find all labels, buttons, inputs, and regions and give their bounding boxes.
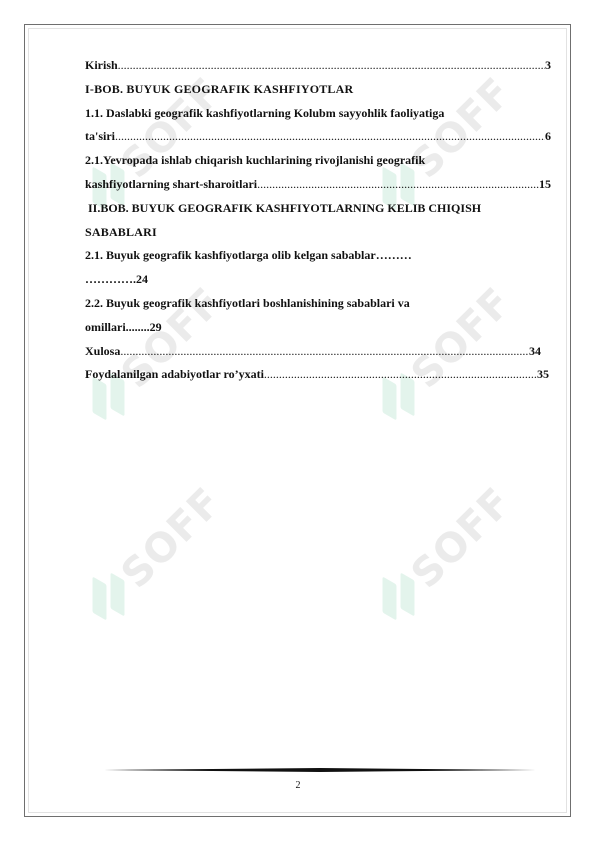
toc-entry-kirish[interactable]: Kirish 3 — [85, 54, 551, 78]
footer-divider — [104, 768, 536, 772]
toc-chapter-1[interactable]: I-BOB. BUYUK GEOGRAFIK KASHFIYOTLAR — [85, 78, 551, 102]
toc-entry-2-1-line2[interactable]: kashfiyotlarning shart-sharoitlari 15 — [85, 173, 551, 197]
toc-entry-2-1b-line2[interactable]: ………….24 — [85, 268, 551, 292]
toc-chapter-title: II.BOB. BUYUK GEOGRAFIK KASHFIYOTLARNING… — [88, 197, 481, 221]
toc-entry-title-cont: omillari........29 — [85, 316, 162, 340]
toc-entry-1-1-line2[interactable]: ta'siri 6 — [85, 125, 551, 149]
toc-entry-1-1-line1[interactable]: 1.1. Daslabki geografik kashfiyotlarning… — [85, 102, 551, 126]
toc-entry-2-1b-line1[interactable]: 2.1. Buyuk geografik kashfiyotlarga olib… — [85, 244, 551, 268]
page-number: 2 — [0, 780, 596, 791]
toc-entry-page: 34 — [529, 340, 541, 364]
toc-leader-dots — [118, 54, 545, 78]
toc-entry-title: Xulosa — [85, 340, 120, 364]
toc-leader-dots — [257, 173, 539, 197]
toc-entry-title: 2.1. Buyuk geografik kashfiyotlarga olib… — [85, 244, 412, 268]
toc-leader-dots — [264, 363, 537, 387]
toc-chapter-2-line1[interactable]: II.BOB. BUYUK GEOGRAFIK KASHFIYOTLARNING… — [85, 197, 551, 221]
toc-entry-title-cont: ………….24 — [85, 268, 148, 292]
toc-leader-dots — [120, 340, 529, 364]
toc-entry-adabiyotlar[interactable]: Foydalanilgan adabiyotlar ro’yxati 35 — [85, 363, 551, 387]
toc-chapter-2-line2[interactable]: SABABLARI — [85, 221, 551, 245]
toc-entry-title-cont: ta'siri — [85, 125, 115, 149]
table-of-contents: Kirish 3 I-BOB. BUYUK GEOGRAFIK KASHFIYO… — [85, 54, 551, 387]
toc-entry-title: 2.1.Yevropada ishlab chiqarish kuchlarin… — [85, 149, 425, 173]
toc-entry-page: 35 — [537, 363, 549, 387]
toc-entry-title: Foydalanilgan adabiyotlar ro’yxati — [85, 363, 264, 387]
toc-entry-title: 1.1. Daslabki geografik kashfiyotlarning… — [85, 102, 444, 126]
toc-entry-2-2-line1[interactable]: 2.2. Buyuk geografik kashfiyotlari boshl… — [85, 292, 551, 316]
toc-entry-2-1-line1[interactable]: 2.1.Yevropada ishlab chiqarish kuchlarin… — [85, 149, 551, 173]
toc-entry-2-2-line2[interactable]: omillari........29 — [85, 316, 551, 340]
toc-entry-xulosa[interactable]: Xulosa 34 — [85, 340, 551, 364]
toc-leader-dots — [115, 125, 545, 149]
toc-entry-page: 15 — [539, 173, 551, 197]
toc-entry-page: 6 — [545, 125, 551, 149]
toc-chapter-title-cont: SABABLARI — [85, 221, 157, 245]
toc-entry-title: Kirish — [85, 54, 118, 78]
toc-entry-title: 2.2. Buyuk geografik kashfiyotlari boshl… — [85, 292, 410, 316]
toc-entry-page: 3 — [545, 54, 551, 78]
toc-chapter-title: I-BOB. BUYUK GEOGRAFIK KASHFIYOTLAR — [85, 78, 353, 102]
toc-entry-title-cont: kashfiyotlarning shart-sharoitlari — [85, 173, 257, 197]
